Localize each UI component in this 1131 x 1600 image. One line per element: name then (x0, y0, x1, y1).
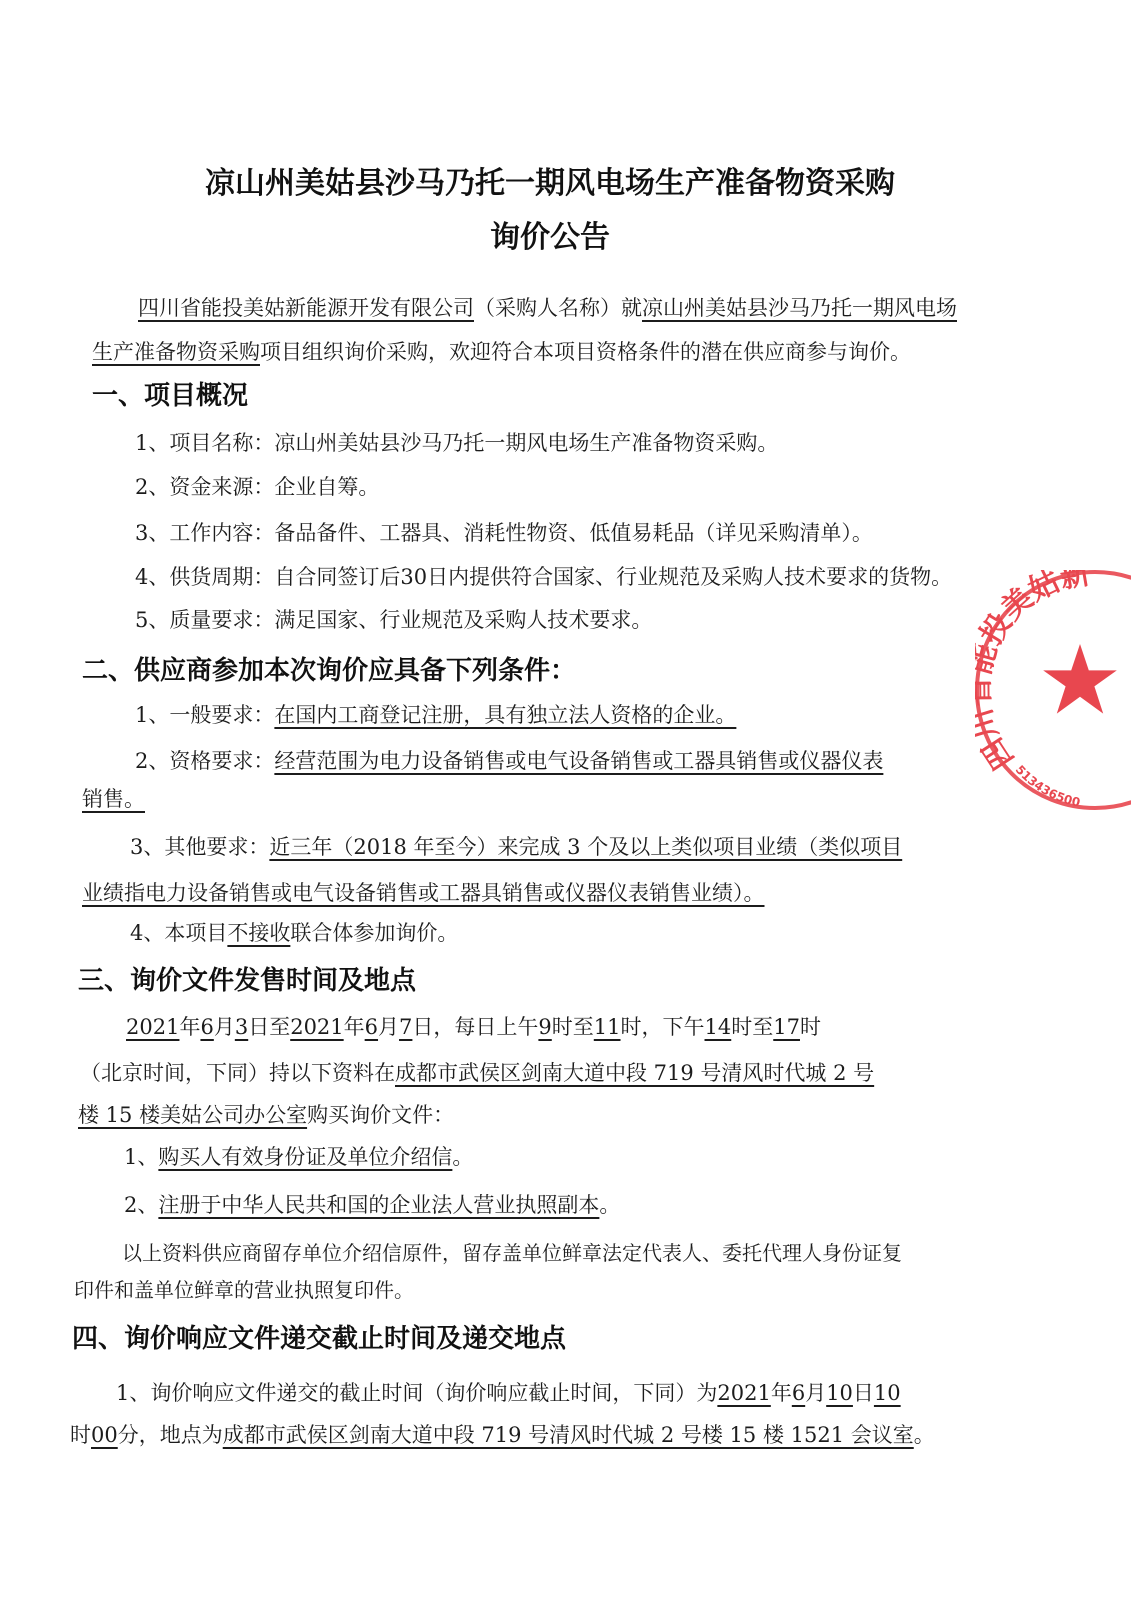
txt: 。 (599, 1193, 620, 1217)
item-text: 凉山州美姑县沙马乃托一期风电场生产准备物资采购。 (274, 431, 778, 455)
item-emphasis: 不接收 (227, 921, 290, 945)
requirement-other: 3、其他要求：近三年（2018 年至今）来完成 3 个及以上类似项目业绩（类似项… (130, 832, 902, 862)
item-label: 3、其他要求： (130, 835, 269, 859)
section1-item: 3、工作内容：备品备件、工器具、消耗性物资、低值易耗品（详见采购清单）。 (135, 518, 873, 548)
deadline-line: 1、询价响应文件递交的截止时间（询价响应截止时间，下同）为2021年6月10日1… (116, 1378, 901, 1408)
seal-company-text: 四川省能投美姑新 (975, 570, 1093, 775)
item-label: 1、一般要求： (135, 703, 274, 727)
deadline-year: 2021 (717, 1381, 770, 1405)
section1-heading: 一、项目概况 (92, 375, 248, 412)
document-page: 凉山州美姑县沙马乃托一期风电场生产准备物资采购 询价公告 四川省能投美姑新能源开… (0, 0, 1131, 1600)
txt: 日，每日上午 (412, 1015, 538, 1039)
item-label: 2、资格要求： (135, 749, 274, 773)
txt: 年 (179, 1015, 200, 1039)
item-text: 企业自筹。 (274, 475, 379, 499)
section1-item: 5、质量要求：满足国家、行业规范及采购人技术要求。 (135, 605, 652, 635)
start-day: 3 (235, 1015, 248, 1039)
txt: 时，下午 (621, 1015, 705, 1039)
seal-text-ring: 四川省能投美姑新 513436500 (975, 570, 1131, 810)
txt: 。 (914, 1423, 935, 1447)
submission-location-line: 时00分，地点为成都市武侯区剑南大道中段 719 号清风时代城 2 号楼 15 … (70, 1420, 935, 1450)
purchaser-note: （采购人名称）就 (474, 296, 642, 320)
item-text: 备品备件、工器具、消耗性物资、低值易耗品（详见采购清单）。 (274, 521, 873, 545)
purchaser-name: 四川省能投美姑新能源开发有限公司 (138, 296, 474, 320)
txt: 日至 (248, 1015, 290, 1039)
sale-address: 成都市武侯区剑南大道中段 719 号清风时代城 2 号 (395, 1061, 874, 1085)
item-text: 经营范围为电力设备销售或电气设备销售或工器具销售或仪器仪表 (274, 749, 883, 773)
item-label: 4、本项目 (130, 921, 227, 945)
txt: 月 (805, 1381, 826, 1405)
project-name-part2: 生产准备物资采购 (92, 340, 260, 364)
section4-heading: 四、询价响应文件递交截止时间及递交地点 (72, 1318, 566, 1355)
item-label: 2、 (124, 1193, 158, 1217)
item-text: 近三年（2018 年至今）来完成 3 个及以上类似项目业绩（类似项目 (269, 835, 902, 859)
intro-line-2: 生产准备物资采购项目组织询价采购，欢迎符合本项目资格条件的潜在供应商参与询价。 (92, 337, 911, 367)
section1-item: 1、项目名称：凉山州美姑县沙马乃托一期风电场生产准备物资采购。 (135, 428, 778, 458)
item-label: 5、质量要求： (135, 608, 274, 632)
txt: 年 (771, 1381, 792, 1405)
svg-text:513436500: 513436500 (1013, 763, 1082, 810)
required-doc-2: 2、注册于中华人民共和国的企业法人营业执照副本。 (124, 1190, 620, 1220)
retention-note-cont: 印件和盖单位鲜章的营业执照复印件。 (74, 1275, 414, 1305)
svg-text:四川省能投美姑新: 四川省能投美姑新 (975, 570, 1093, 775)
txt: 年 (344, 1015, 365, 1039)
document-title: 凉山州美姑县沙马乃托一期风电场生产准备物资采购 (0, 158, 1100, 202)
requirement-consortium: 4、本项目不接收联合体参加询价。 (130, 918, 458, 948)
txt: 1、询价响应文件递交的截止时间（询价响应截止时间，下同）为 (116, 1381, 717, 1405)
start-year: 2021 (126, 1015, 179, 1039)
retention-note: 以上资料供应商留存单位介绍信原件，留存盖单位鲜章法定代表人、委托代理人身份证复 (122, 1238, 902, 1268)
intro-line-1: 四川省能投美姑新能源开发有限公司（采购人名称）就凉山州美姑县沙马乃托一期风电场 (138, 293, 957, 323)
section3-heading: 三、询价文件发售时间及地点 (78, 960, 416, 997)
txt: 时至 (731, 1015, 773, 1039)
sale-location-line-2: 楼 15 楼美姑公司办公室购买询价文件： (78, 1100, 454, 1130)
section1-item: 4、供货周期：自合同签订后30日内提供符合国家、行业规范及采购人技术要求的货物。 (135, 562, 952, 592)
sale-address-cont: 楼 15 楼美姑公司办公室 (78, 1103, 307, 1127)
item-text: 在国内工商登记注册，具有独立法人资格的企业。 (274, 703, 736, 727)
intro-rest: 项目组织询价采购，欢迎符合本项目资格条件的潜在供应商参与询价。 (260, 340, 911, 364)
project-name-part1: 凉山州美姑县沙马乃托一期风电场 (642, 296, 957, 320)
txt: 时 (70, 1423, 91, 1447)
required-doc-1: 1、购买人有效身份证及单位介绍信。 (124, 1142, 473, 1172)
item-text: 业绩指电力设备销售或电气设备销售或工器具销售或仪器仪表销售业绩）。 (82, 881, 765, 905)
requirement-general: 1、一般要求：在国内工商登记注册，具有独立法人资格的企业。 (135, 700, 736, 730)
deadline-minute: 00 (91, 1423, 118, 1447)
item-label: 3、工作内容： (135, 521, 274, 545)
end-month: 6 (365, 1015, 378, 1039)
deadline-hour: 10 (874, 1381, 901, 1405)
item-label: 1、 (124, 1145, 158, 1169)
deadline-month: 6 (792, 1381, 805, 1405)
txt: 时 (800, 1015, 821, 1039)
pm-end: 17 (773, 1015, 800, 1039)
seal-code-text: 513436500 (1013, 763, 1082, 810)
item-text: 购买人有效身份证及单位介绍信 (158, 1145, 452, 1169)
section1-item: 2、资金来源：企业自筹。 (135, 472, 379, 502)
end-day: 7 (399, 1015, 412, 1039)
am-end: 11 (594, 1015, 621, 1039)
item-text: 满足国家、行业规范及采购人技术要求。 (274, 608, 652, 632)
item-label: 2、资金来源： (135, 475, 274, 499)
end-year: 2021 (290, 1015, 343, 1039)
item-text: 联合体参加询价。 (290, 921, 458, 945)
item-text: 注册于中华人民共和国的企业法人营业执照副本 (158, 1193, 599, 1217)
item-label: 1、项目名称： (135, 431, 274, 455)
submission-address: 成都市武侯区剑南大道中段 719 号清风时代城 2 号楼 15 楼 1521 会… (223, 1423, 914, 1447)
item-label: 4、供货周期： (135, 565, 274, 589)
txt: 时至 (552, 1015, 594, 1039)
deadline-day: 10 (826, 1381, 853, 1405)
txt: 日 (853, 1381, 874, 1405)
sale-location-line: （北京时间，下同）持以下资料在成都市武侯区剑南大道中段 719 号清风时代城 2… (80, 1058, 874, 1088)
requirement-qualification-cont: 销售。 (82, 784, 145, 814)
requirement-other-cont: 业绩指电力设备销售或电气设备销售或工器具销售或仪器仪表销售业绩）。 (82, 878, 765, 908)
requirement-qualification: 2、资格要求：经营范围为电力设备销售或电气设备销售或工器具销售或仪器仪表 (135, 746, 883, 776)
item-text: 自合同签订后30日内提供符合国家、行业规范及采购人技术要求的货物。 (274, 565, 952, 589)
start-month: 6 (200, 1015, 213, 1039)
txt: （北京时间，下同）持以下资料在 (80, 1061, 395, 1085)
txt: 月 (214, 1015, 235, 1039)
item-text: 销售。 (82, 787, 145, 811)
txt: 。 (452, 1145, 473, 1169)
txt: 购买询价文件： (307, 1103, 454, 1127)
document-subtitle: 询价公告 (0, 212, 1100, 256)
txt: 月 (378, 1015, 399, 1039)
am-start: 9 (538, 1015, 551, 1039)
pm-start: 14 (705, 1015, 732, 1039)
section2-heading: 二、供应商参加本次询价应具备下列条件： (82, 650, 576, 687)
txt: 分，地点为 (118, 1423, 223, 1447)
sale-period-line: 2021年6月3日至2021年6月7日，每日上午9时至11时，下午14时至17时 (126, 1012, 821, 1042)
